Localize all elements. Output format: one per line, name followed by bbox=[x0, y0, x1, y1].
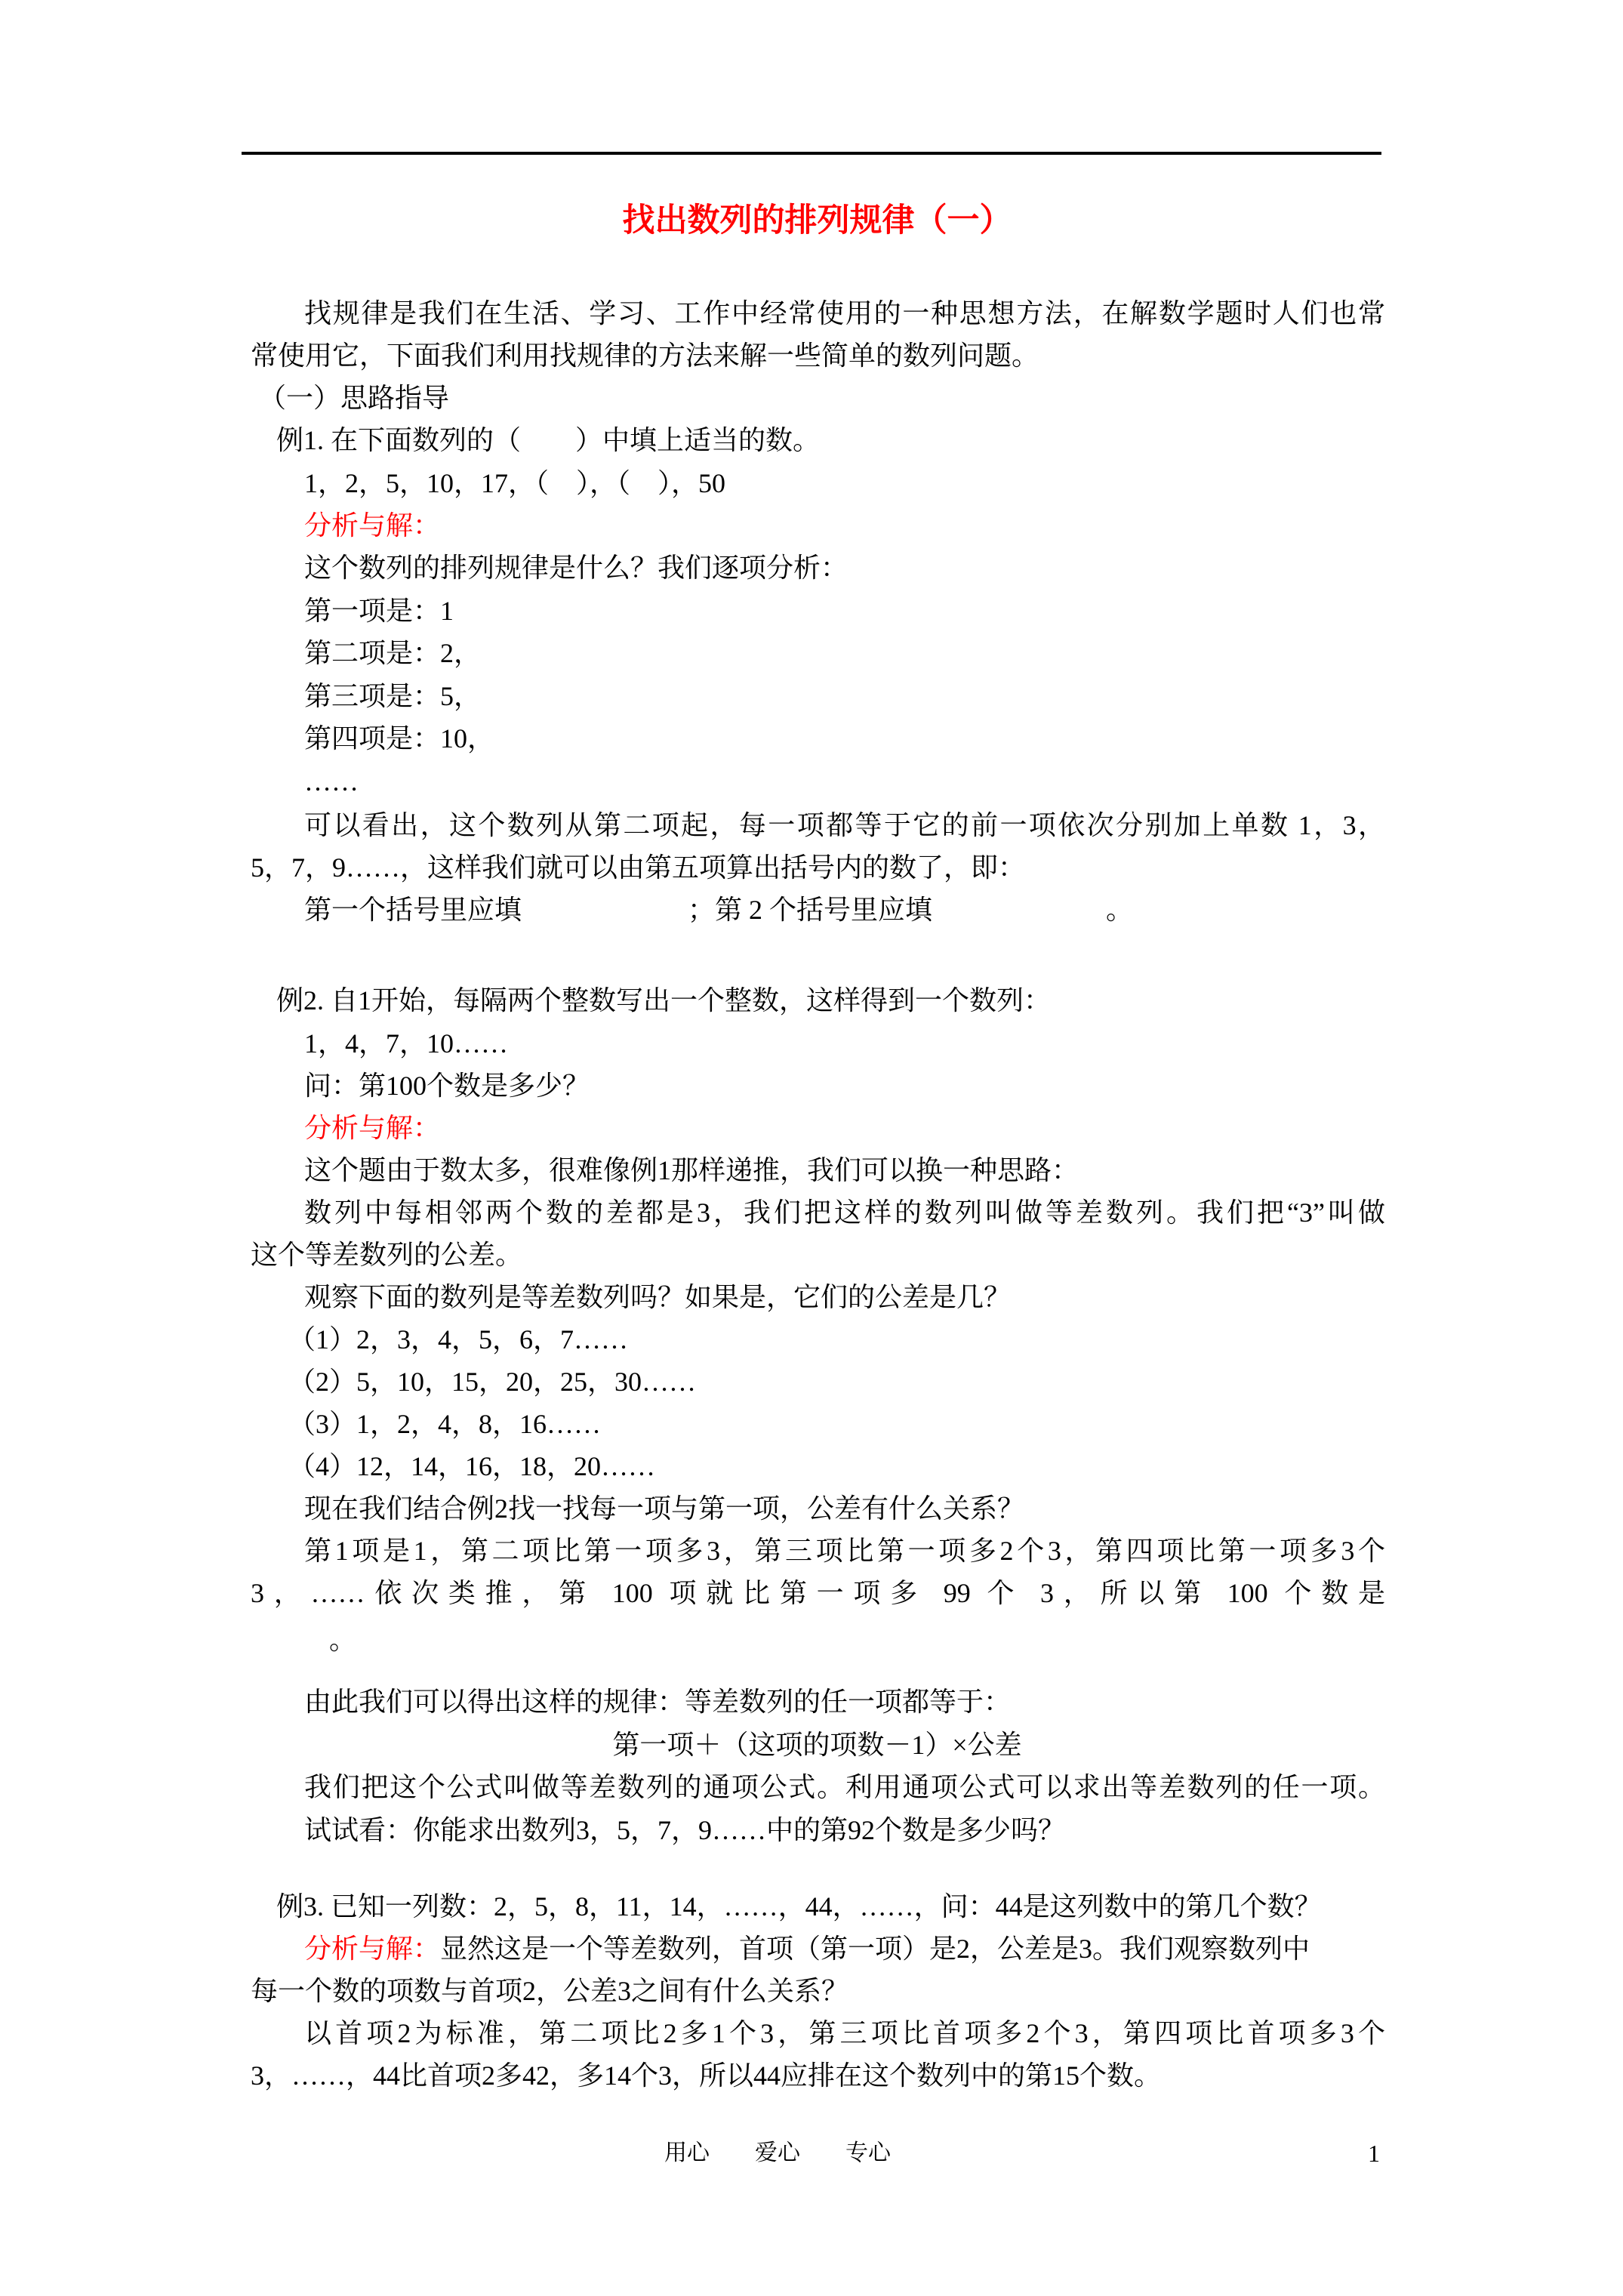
intro-line-2: 常使用它，下面我们利用找规律的方法来解一些简单的数列问题。 bbox=[251, 337, 1039, 374]
page-title: 找出数列的排列规律（一） bbox=[249, 201, 1385, 242]
header-rule bbox=[242, 152, 1381, 155]
example3-standard-line-2: 3，……，44比首项2多42，多14个3，所以44应排在这个数列中的第15个数。 bbox=[251, 2057, 1161, 2094]
example1-term-3: 第三项是：5， bbox=[304, 678, 481, 714]
example1-observation-line-2: 5，7，9……，这样我们就可以由第五项算出括号内的数了，即： bbox=[251, 849, 1025, 886]
fill-first-label: 第一个括号里应填 bbox=[304, 895, 522, 925]
section-heading: （一）思路指导 bbox=[259, 380, 449, 416]
fill-second-label: ；第 2 个括号里应填 bbox=[688, 895, 932, 925]
example1-prompt: 例1. 在下面数列的（ ）中填上适当的数。 bbox=[276, 422, 820, 458]
example2-sequence: 1，4，7，10…… bbox=[304, 1025, 508, 1062]
example2-observe: 观察下面的数列是等差数列吗？如果是，它们的公差是几？ bbox=[304, 1279, 1011, 1315]
example1-fill-line: 第一个括号里应填；第 2 个括号里应填。 bbox=[304, 892, 1133, 928]
example1-term-1: 第一项是：1 bbox=[304, 593, 454, 629]
document-page: 找出数列的排列规律（一） 找规律是我们在生活、学习、工作中经常使用的一种思想方法… bbox=[0, 0, 1623, 2296]
example2-relation-question: 现在我们结合例2找一找每一项与第一项，公差有什么关系？ bbox=[304, 1490, 1024, 1527]
example2-reasoning-line-2: 3，……依次类推，第 100 项就比第一项多 99 个 3，所以第 100 个数… bbox=[251, 1575, 1385, 1611]
example1-ellipsis: …… bbox=[304, 763, 359, 800]
example3-analysis-line-1: 分析与解：显然这是一个等差数列，首项（第一项）是2，公差是3。我们观察数列中 bbox=[304, 1931, 1385, 1967]
example2-para-1: 这个题由于数太多，很难像例1那样递推，我们可以换一种思路： bbox=[304, 1152, 1079, 1188]
page-number: 1 bbox=[1368, 2137, 1380, 2170]
example1-analysis-label: 分析与解： bbox=[304, 507, 440, 544]
example2-reasoning-line-1: 第1项是1，第二项比第一项多3，第三项比第一项多2个3，第四项比第一项多3个 bbox=[304, 1533, 1385, 1569]
example1-question: 这个数列的排列规律是什么？我们逐项分析： bbox=[304, 550, 848, 586]
example3-analysis-label: 分析与解： bbox=[304, 1934, 440, 1964]
example3-prompt: 例3. 已知一列数：2，5，8，11，14，……，44，……，问：44是这列数中… bbox=[276, 1888, 1385, 1925]
example2-reasoning-end: 。 bbox=[329, 1622, 356, 1658]
example3-standard-line-1: 以首项2为标准，第二项比2多1个3，第三项比首项多2个3，第四项比首项多3个 bbox=[304, 2015, 1385, 2051]
example3-analysis-text: 显然这是一个等差数列，首项（第一项）是2，公差是3。我们观察数列中 bbox=[440, 1934, 1310, 1964]
sequence-item-2: （2）5，10，15，20，25，30…… bbox=[288, 1364, 696, 1400]
footer-motto: 用心爱心专心 bbox=[664, 2137, 936, 2170]
sequence-item-1: （1）2，3，4，5，6，7…… bbox=[288, 1321, 628, 1358]
intro-line-1: 找规律是我们在生活、学习、工作中经常使用的一种思想方法，在解数学题时人们也常 bbox=[304, 295, 1385, 331]
example2-question: 问：第100个数是多少？ bbox=[304, 1068, 590, 1104]
example2-para-2-line-1: 数列中每相邻两个数的差都是3，我们把这样的数列叫做等差数列。我们把“3”叫做 bbox=[304, 1194, 1385, 1231]
example2-formula-name: 我们把这个公式叫做等差数列的通项公式。利用通项公式可以求出等差数列的任一项。 bbox=[304, 1769, 1385, 1805]
example1-term-4: 第四项是：10， bbox=[304, 720, 494, 757]
sequence-item-4: （4）12，14，16，18，20…… bbox=[288, 1448, 655, 1484]
example3-analysis-line-2: 每一个数的项数与首项2，公差3之间有什么关系？ bbox=[251, 1973, 848, 2009]
example2-try-it: 试试看：你能求出数列3，5，7，9……中的第92个数是多少吗？ bbox=[304, 1812, 1065, 1848]
example2-prompt: 例2. 自1开始，每隔两个整数写出一个整数，这样得到一个数列： bbox=[276, 982, 1051, 1019]
footer-motto-1: 用心 bbox=[664, 2140, 710, 2165]
example1-observation-line-1: 可以看出，这个数列从第二项起，每一项都等于它的前一项依次分别加上单数 1，3， bbox=[304, 807, 1385, 843]
footer-motto-3: 专心 bbox=[845, 2140, 891, 2165]
example2-para-2-line-2: 这个等差数列的公差。 bbox=[251, 1237, 522, 1273]
footer-motto-2: 爱心 bbox=[755, 2140, 800, 2165]
sequence-item-3: （3）1，2，4，8，16…… bbox=[288, 1406, 601, 1442]
example2-analysis-label: 分析与解： bbox=[304, 1110, 440, 1146]
example1-term-2: 第二项是：2， bbox=[304, 635, 481, 671]
example2-rule-intro: 由此我们可以得出这样的规律：等差数列的任一项都等于： bbox=[304, 1684, 1011, 1720]
general-term-formula: 第一项＋（这项的项数－1）×公差 bbox=[249, 1727, 1385, 1763]
example1-sequence: 1，2，5，10，17，（ ），（ ），50 bbox=[304, 465, 725, 501]
fill-end: 。 bbox=[1106, 895, 1133, 925]
